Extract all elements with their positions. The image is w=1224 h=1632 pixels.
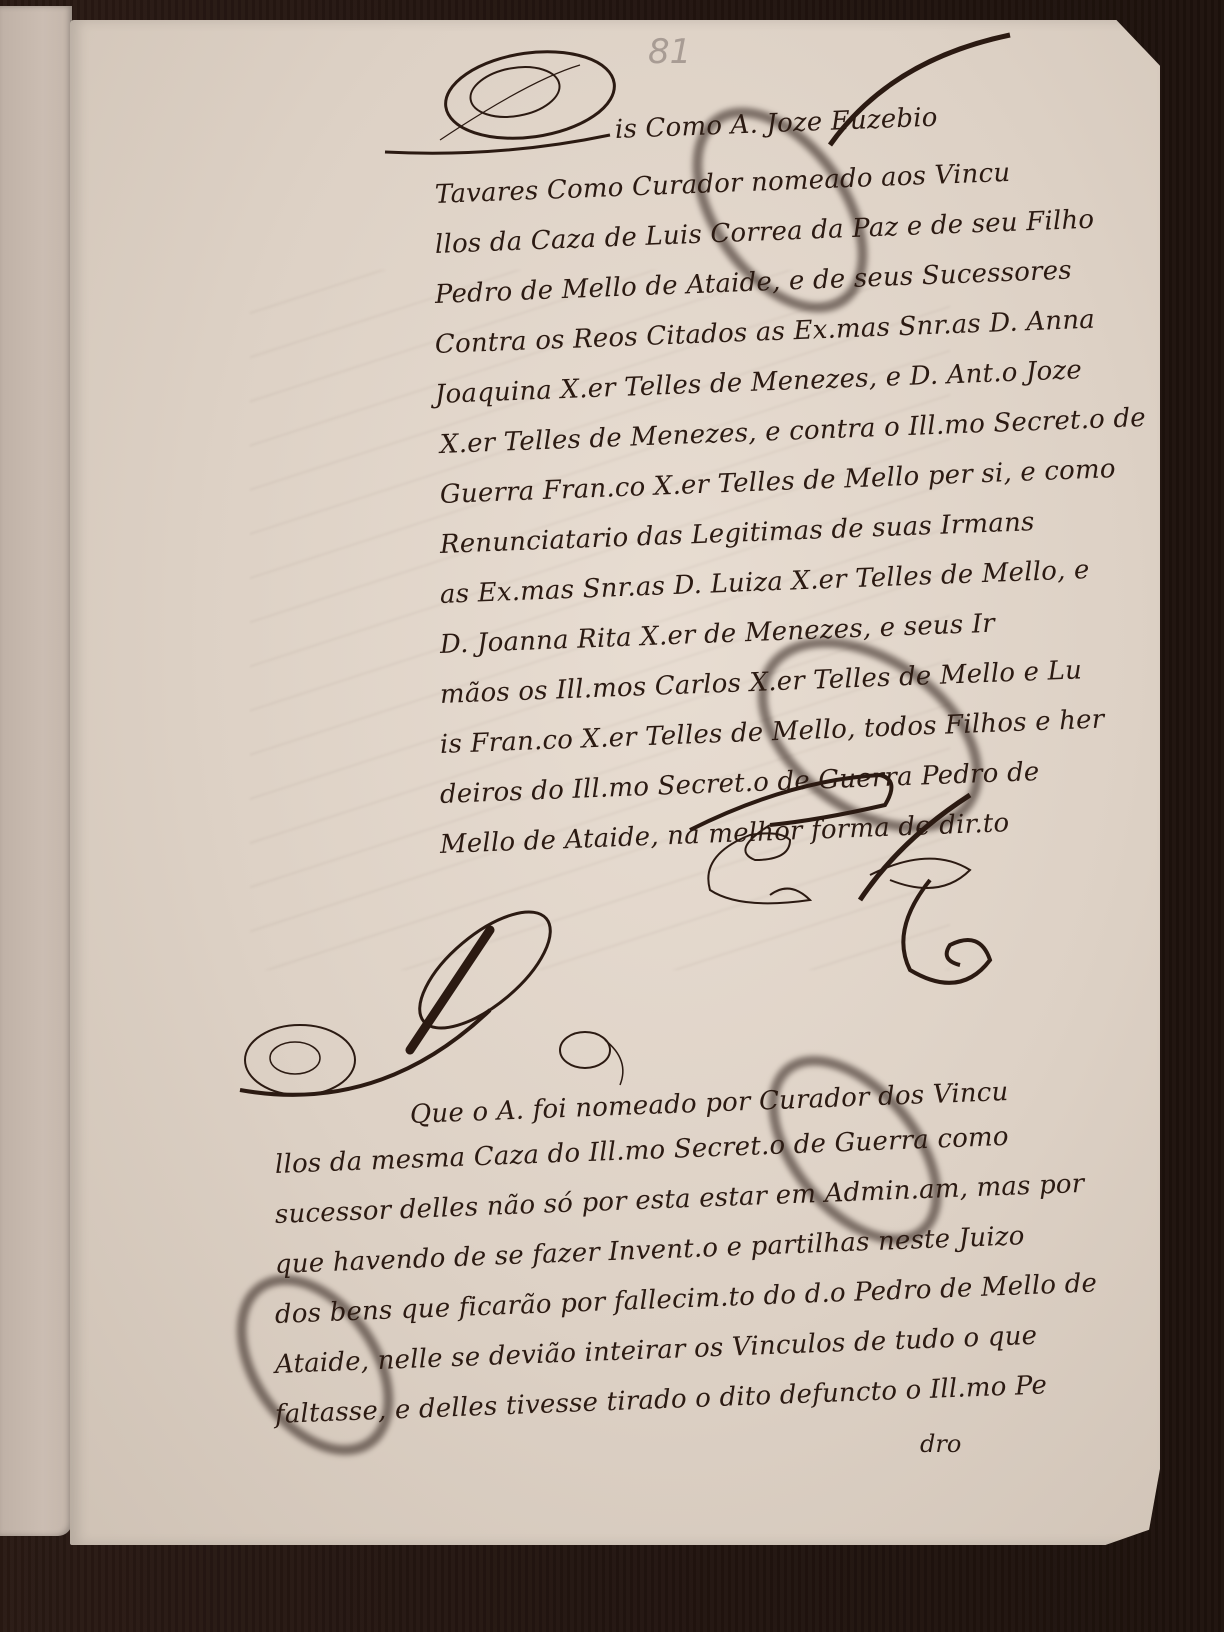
text-line: dos bens que ficarão por fallecim.to do …	[274, 1268, 1097, 1330]
top-right-flourish	[810, 20, 1030, 160]
folio-number: 81	[648, 32, 691, 72]
small-loop-flourish	[550, 1020, 640, 1090]
text-line: is Como A. Joze Euzebio	[614, 103, 938, 145]
manuscript-page: 81 is Como A. Joze Euzebio Tavares Como …	[70, 20, 1160, 1545]
text-line: Que o A. foi nomeado por Curador dos Vin…	[409, 1077, 1009, 1130]
text-line: Ataide, nelle se devião inteirar os Vinc…	[274, 1321, 1037, 1380]
initial-d-flourish	[380, 40, 640, 160]
facing-page-edge	[0, 6, 72, 1536]
text-line: sucessor delles não só por esta estar em…	[274, 1169, 1084, 1230]
text-line: que havendo de se fazer Invent.o e parti…	[274, 1221, 1025, 1280]
catchword: dro	[920, 1430, 961, 1458]
